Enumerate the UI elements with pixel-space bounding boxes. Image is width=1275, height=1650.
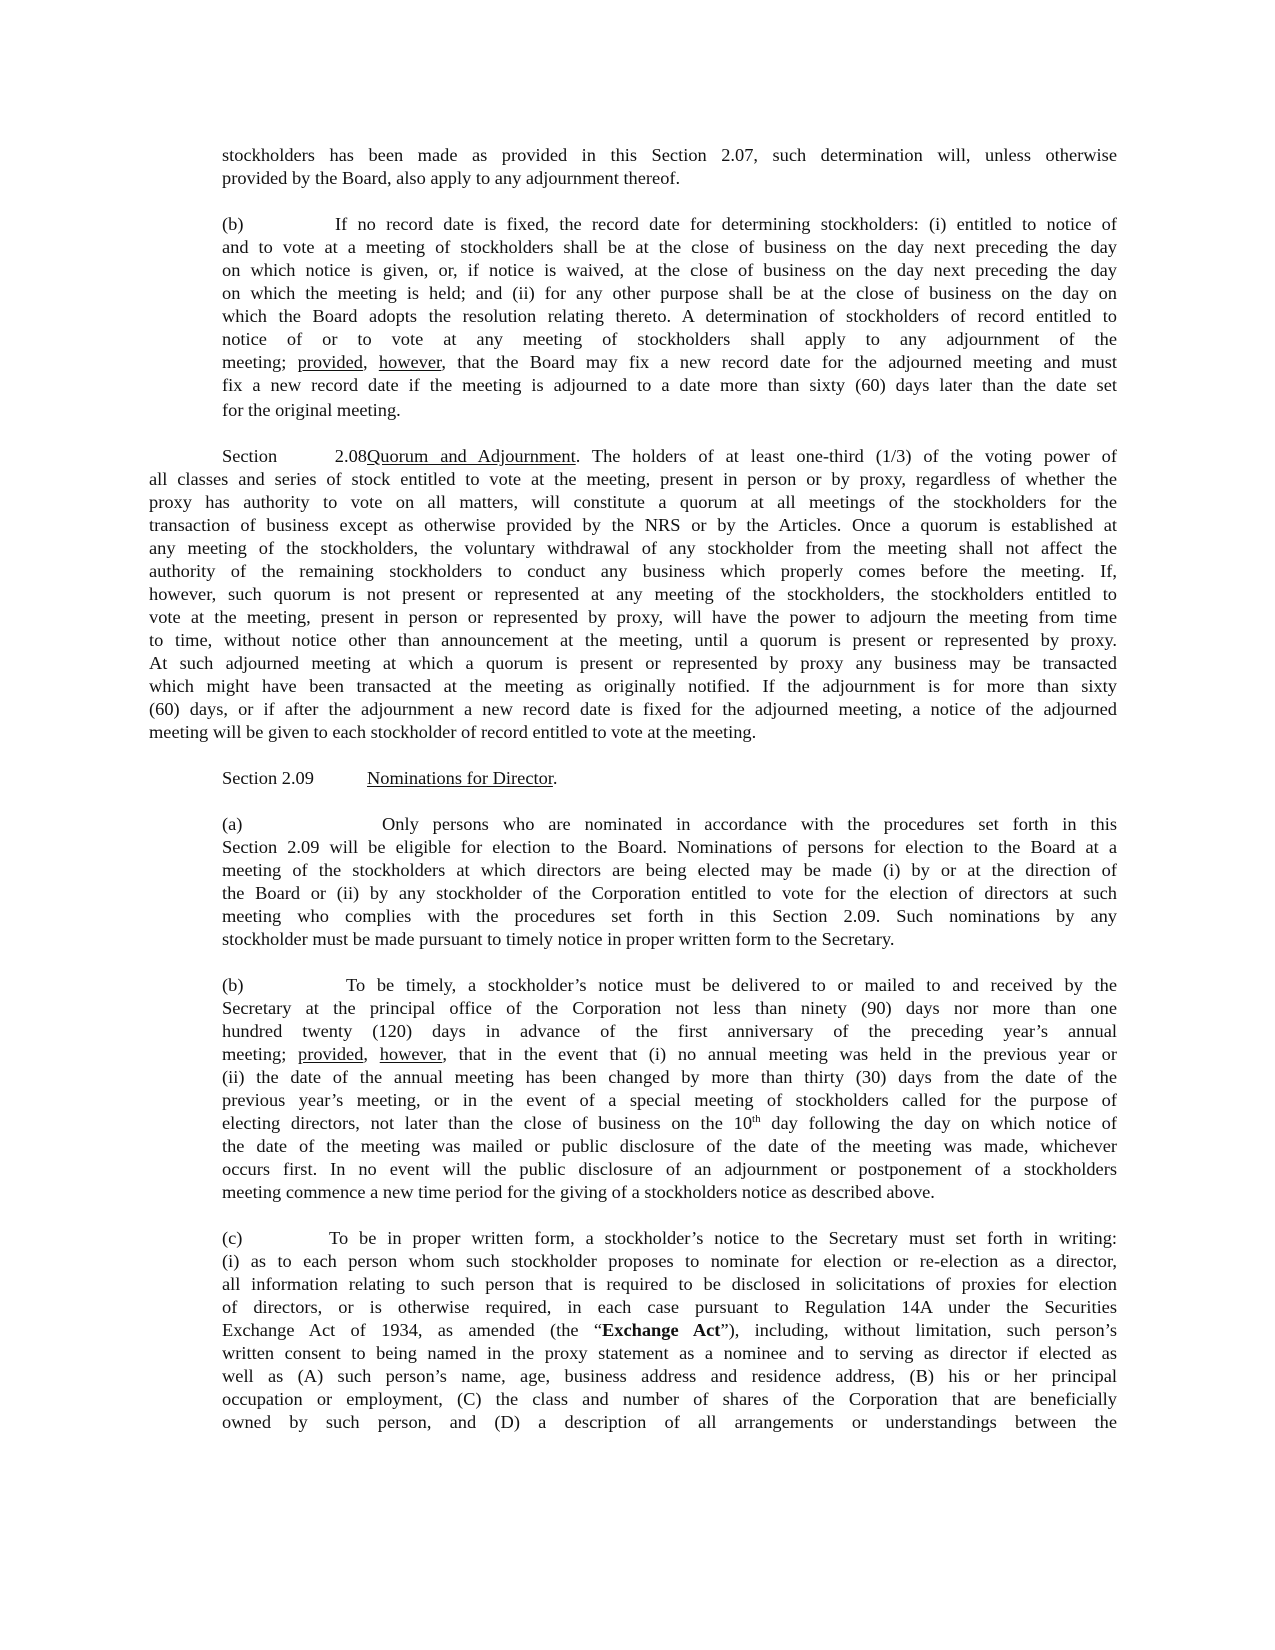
underlined-term-however: however [380, 1044, 443, 1064]
text: , [363, 1044, 379, 1064]
paragraph-line: stockholder must be made pursuant to tim… [222, 928, 1117, 951]
paragraph-line: all classes and series of stock entitled… [149, 468, 1117, 491]
text: Exchange Act of 1934, as amended (the “ [222, 1320, 602, 1340]
paragraph-line: occurs first. In no event will the publi… [222, 1158, 1117, 1181]
text: , that in the event that (i) no annual m… [442, 1044, 1117, 1064]
ordinal-suffix: th [752, 1113, 761, 1125]
paragraph-text: Only persons who are nominated in accord… [382, 814, 1117, 834]
underlined-term-provided: provided [298, 1044, 363, 1064]
paragraph-line: (i) as to each person whom such stockhol… [222, 1250, 1117, 1273]
section-title: Nominations for Director [367, 768, 553, 788]
document-page: stockholders has been made as provided i… [0, 0, 1275, 1650]
paragraph-line: Section 2.09 will be eligible for electi… [222, 836, 1117, 859]
subsection-label: (b) [222, 213, 335, 236]
section-number: Section 2.09 [222, 767, 367, 790]
text: electing directors, not later than the c… [222, 1113, 752, 1133]
underlined-term-however: however [379, 352, 442, 372]
paragraph-line: meeting; provided, however, that the Boa… [222, 351, 1117, 374]
paragraph-line: fix a new record date if the meeting is … [222, 374, 1117, 397]
paragraph-line: meeting who complies with the procedures… [222, 905, 1117, 928]
paragraph-line: electing directors, not later than the c… [222, 1112, 1117, 1135]
paragraph-line: meeting; provided, however, that in the … [222, 1043, 1117, 1066]
paragraph-line: occupation or employment, (C) the class … [222, 1388, 1117, 1411]
paragraph-line: meeting commence a new time period for t… [222, 1181, 1117, 1204]
paragraph-text: To be timely, a stockholder’s notice mus… [346, 975, 1117, 995]
paragraph-line: transaction of business except as otherw… [149, 514, 1117, 537]
paragraph-line: to time, without notice other than annou… [149, 629, 1117, 652]
text: meeting; [222, 1044, 298, 1064]
subsection-209c-first-line: (c)To be in proper written form, a stock… [222, 1227, 1117, 1250]
paragraph-line: Exchange Act of 1934, as amended (the “E… [222, 1319, 1117, 1342]
defined-term-exchange-act: Exchange Act [602, 1320, 720, 1340]
section-title: Quorum and Adjournment [367, 446, 576, 466]
text: . The holders of at least one-third (1/3… [576, 446, 1117, 466]
paragraph-line: however, such quorum is not present or r… [149, 583, 1117, 606]
text: ”), including, without limitation, such … [720, 1320, 1117, 1340]
paragraph-line: the Board or (ii) by any stockholder of … [222, 882, 1117, 905]
subsection-207b-first-line: (b)If no record date is fixed, the recor… [222, 213, 1117, 236]
paragraph-line: provided by the Board, also apply to any… [222, 167, 1117, 190]
paragraph-line: all information relating to such person … [222, 1273, 1117, 1296]
subsection-209b-first-line: (b)To be timely, a stockholder’s notice … [222, 974, 1117, 997]
paragraph-line: At such adjourned meeting at which a quo… [149, 652, 1117, 675]
subsection-label: (c) [222, 1227, 329, 1250]
text: , [363, 352, 379, 372]
paragraph-text: If no record date is fixed, the record d… [335, 214, 1117, 234]
paragraph-line: the date of the meeting was mailed or pu… [222, 1135, 1117, 1158]
section-208-heading-line: Section 2.08Quorum and Adjournment. The … [149, 445, 1117, 468]
paragraph-line: previous year’s meeting, or in the event… [222, 1089, 1117, 1112]
paragraph-line: meeting will be given to each stockholde… [149, 721, 1117, 744]
paragraph-line: any meeting of the stockholders, the vol… [149, 537, 1117, 560]
text: meeting; [222, 352, 298, 372]
paragraph-line: for the original meeting. [222, 399, 1117, 422]
paragraph-line: and to vote at a meeting of stockholders… [222, 236, 1117, 259]
text: , that the Board may fix a new record da… [441, 352, 1117, 372]
section-209-heading-line: Section 2.09Nominations for Director. [222, 767, 1117, 790]
paragraph-line: hundred twenty (120) days in advance of … [222, 1020, 1117, 1043]
paragraph-line: which might have been transacted at the … [149, 675, 1117, 698]
paragraph-line: well as (A) such person’s name, age, bus… [222, 1365, 1117, 1388]
paragraph-line: stockholders has been made as provided i… [222, 144, 1117, 167]
underlined-term-provided: provided [298, 352, 363, 372]
text: day following the day on which notice of [761, 1113, 1117, 1133]
text: . [553, 768, 558, 788]
paragraph-line: of directors, or is otherwise required, … [222, 1296, 1117, 1319]
paragraph-line: on which notice is given, or, if notice … [222, 259, 1117, 282]
subsection-209a-first-line: (a)Only persons who are nominated in acc… [222, 813, 1117, 836]
paragraph-line: authority of the remaining stockholders … [149, 560, 1117, 583]
section-number: Section 2.08 [222, 445, 367, 468]
paragraph-line: written consent to being named in the pr… [222, 1342, 1117, 1365]
paragraph-line: Secretary at the principal office of the… [222, 997, 1117, 1020]
paragraph-line: owned by such person, and (D) a descript… [222, 1411, 1117, 1434]
subsection-label: (b) [222, 974, 346, 997]
paragraph-line: on which the meeting is held; and (ii) f… [222, 282, 1117, 305]
paragraph-line: vote at the meeting, present in person o… [149, 606, 1117, 629]
paragraph-text: To be in proper written form, a stockhol… [329, 1228, 1117, 1248]
paragraph-line: (ii) the date of the annual meeting has … [222, 1066, 1117, 1089]
paragraph-line: proxy has authority to vote on all matte… [149, 491, 1117, 514]
subsection-label: (a) [222, 813, 382, 836]
paragraph-line: notice of or to vote at any meeting of s… [222, 328, 1117, 351]
paragraph-line: (60) days, or if after the adjournment a… [149, 698, 1117, 721]
paragraph-line: meeting of the stockholders at which dir… [222, 859, 1117, 882]
paragraph-line: which the Board adopts the resolution re… [222, 305, 1117, 328]
